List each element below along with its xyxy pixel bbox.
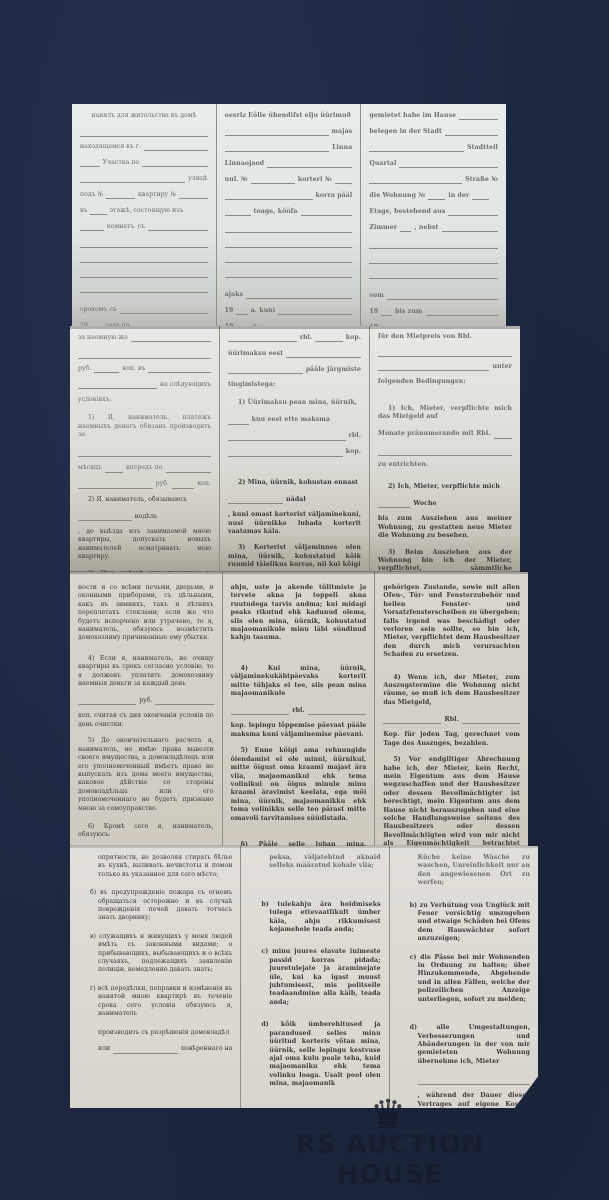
de-pay-label: zu entrichten.	[378, 461, 512, 469]
et-conditions-label-2: tingimistega:	[228, 381, 361, 389]
ru-month-label: мѣсяцъ	[78, 464, 102, 472]
de-clause-6b: b) zu Verhütung von Unglück mit Feuer vo…	[398, 902, 530, 944]
blank-line[interactable]	[369, 239, 498, 249]
de-clause-6d: d) alle Umgestaltungen, Verbesserungen u…	[398, 1024, 530, 1066]
ru-clause-5: 5) До окончательнаго расчета я, нанимате…	[78, 737, 214, 813]
blank-line[interactable]	[369, 269, 498, 279]
et-conditions-label: pääle järgmiste	[306, 366, 361, 374]
et-term-end-field[interactable]	[278, 307, 352, 315]
column-estonian: rbl.kop. üürimaksu eest pääle järgmiste …	[220, 326, 370, 572]
et-months-label: kuu eest ette maksma	[252, 416, 330, 424]
ru-city-field[interactable]	[144, 143, 208, 151]
de-amount-field[interactable]	[378, 446, 512, 456]
et-weeks-label: nädal	[286, 496, 306, 504]
blank-line[interactable]	[80, 253, 208, 263]
column-estonian: ahju, uste ja akende tülitmiste ja terve…	[223, 572, 376, 846]
et-district-field[interactable]	[267, 160, 352, 168]
ru-term-start-field[interactable]	[120, 306, 208, 314]
ru-extras-field[interactable]	[148, 223, 208, 231]
de-intro: gemietet habe im Hause	[369, 112, 456, 120]
ru-agent-field[interactable]	[113, 1046, 178, 1054]
et-extras-field[interactable]	[301, 208, 353, 216]
et-house-label: majas	[332, 128, 353, 136]
ru-daily-rub-label: руб.	[139, 697, 152, 705]
ru-advance-field[interactable]	[166, 465, 211, 473]
blank-line[interactable]	[369, 254, 498, 264]
column-german: für den Mietpreis von Rbl. unter folgend…	[370, 326, 520, 572]
ru-kop-label: коп. въ	[122, 365, 145, 373]
et-rooms-label: toage, kööfa	[254, 208, 298, 216]
ru-clause-6b: б) въ предупрежденіе пожара съ огнемъ об…	[78, 889, 232, 923]
ru-district-label: Участка по	[103, 159, 140, 167]
et-daily-kop-field[interactable]	[308, 707, 367, 715]
column-estonian: oesrlz Eölle ühendifst elju üürimuð maja…	[217, 104, 362, 328]
ru-clause-6v: в) служащихъ и живущихъ у меня людей имѣ…	[78, 933, 232, 975]
et-floor-label: korra pääl	[316, 192, 353, 200]
ru-weeks-label: недѣль	[135, 513, 158, 521]
et-clause-1: 1) Üürimaksu pean mina, üürnik,	[228, 399, 361, 407]
ru-clause-6: 6) Кромѣ сего я, наниматель, обязуюсь:	[78, 823, 214, 840]
et-house-field[interactable]	[225, 128, 329, 136]
de-clause-3: 3) Beim Ausziehen aus der Wohnung bin ic…	[378, 549, 512, 572]
ru-kop-label-2: коп.	[197, 480, 211, 488]
de-clause-2: 2) Ich, Mieter, verpflichte mich	[378, 483, 512, 491]
ru-rooms-field[interactable]	[80, 223, 104, 231]
ru-clause-2: 2) Я, наниматель, обязываюсь	[78, 496, 211, 504]
ru-months-field[interactable]	[78, 449, 211, 457]
ru-clause-2-cont: , до выѣзда изъ занимаемой мною квартиры…	[78, 528, 211, 562]
ru-kop-field-2[interactable]	[172, 481, 194, 489]
de-floor-label: Etage, bestehend aus	[369, 208, 445, 216]
et-rooms-field[interactable]	[225, 208, 251, 216]
et-period-field[interactable]	[286, 350, 361, 358]
et-apartment-label: korteri №	[298, 176, 332, 184]
de-floor-field[interactable]	[472, 192, 489, 200]
ru-owner-permission-label: производить съ разрѣшенія домовладѣл	[98, 1029, 229, 1037]
ru-clause-4-cont: коп. считая съ дня окончанія условія по …	[78, 712, 214, 729]
de-tenant-field[interactable]	[418, 1077, 530, 1085]
ru-intro: нанялъ для жительства въ домѣ	[91, 112, 196, 120]
ru-rub-label: руб.	[78, 365, 91, 373]
blank-line[interactable]	[225, 223, 353, 233]
de-district-field[interactable]	[369, 144, 464, 152]
de-term-label: vom	[369, 292, 384, 300]
et-clause-3-cont: ahju, uste ja akende tülitmiste ja terve…	[231, 584, 367, 643]
column-russian: за наемную же руб.коп. въ на слѣдующихъ …	[70, 326, 220, 572]
de-conditions-label: folgenden Bedingungen:	[378, 378, 512, 386]
watermark-text: RS AUCTION HOUSE	[296, 1130, 485, 1190]
et-rbl-label-2: rbl.	[349, 432, 362, 440]
et-rbl-label: rbl.	[300, 334, 313, 342]
fold-crease	[70, 571, 528, 574]
blank-line[interactable]	[225, 238, 353, 248]
et-street-label: uul. №	[225, 176, 248, 184]
de-rooms-field[interactable]	[400, 224, 411, 232]
de-unter-label: unter	[492, 363, 512, 371]
de-extras-field[interactable]	[442, 224, 498, 232]
column-german: Küche keine Wäsche zu waschen, Unreinlic…	[390, 846, 538, 1108]
ru-apartment-label: квартиру №	[138, 191, 176, 199]
de-term-field[interactable]	[387, 292, 498, 300]
et-clause-6c: c) minu juures elavate inimeste passid k…	[249, 948, 380, 1007]
de-clause-6c: c) die Pässe bei mir Wohnenden in Ordnun…	[398, 954, 530, 1004]
de-term-end-field[interactable]	[426, 308, 498, 316]
et-street-field[interactable]	[251, 176, 295, 184]
de-house-field[interactable]	[459, 112, 498, 120]
de-year-from-suffix: bis zum	[395, 308, 423, 316]
fold-crease	[70, 845, 538, 848]
de-clause-4: 4) Wenn ich, der Mieter, zum Auszugsterm…	[383, 674, 520, 708]
lease-panel-clauses: ности и со всѣми печьми, дверьми, и окон…	[70, 572, 528, 846]
ru-floor-field[interactable]	[90, 207, 106, 215]
de-city-label: belegen in der Stadt	[369, 128, 442, 136]
et-rbl-field[interactable]	[228, 433, 346, 441]
column-german: gehörigen Zustande, sowie mit allen Ofen…	[375, 572, 528, 846]
et-clause-2: 2) Mina, üürnik, kohustan ennast	[228, 479, 361, 487]
de-clause-5: 5) Vor endgiltiger Abrechnung habe ich, …	[383, 756, 520, 846]
de-quarter-field[interactable]	[399, 160, 498, 168]
ru-clause-1: 1) Я, наниматель, платежъ наемныхъ денег…	[78, 414, 211, 439]
de-nebst-label: , nebst	[414, 224, 438, 232]
ru-house-number-field[interactable]	[106, 191, 135, 199]
et-kop-label-2: kop.	[346, 448, 361, 456]
lease-panel-rent-terms: за наемную же руб.коп. въ на слѣдующихъ …	[70, 326, 520, 572]
et-term-label: ajaks	[225, 291, 244, 299]
ru-kop-field[interactable]	[94, 365, 119, 373]
de-clause-6a-cont: Küche keine Wäsche zu waschen, Unreinlic…	[398, 854, 530, 888]
et-intro: oesrlz Eölle ühendifst elju üürimuð	[225, 112, 351, 120]
et-weeks-field[interactable]	[228, 496, 283, 504]
ru-period-field[interactable]	[148, 365, 211, 373]
de-daily-rbl-field[interactable]	[383, 716, 441, 724]
et-district-label: Linnaojaod	[225, 160, 265, 168]
de-months-label: Monate pränumerando mit Rbl.	[378, 430, 491, 438]
ru-conditions-field[interactable]	[78, 381, 157, 389]
et-daily-rbl-label: rbl.	[292, 707, 305, 715]
de-rent-field[interactable]	[378, 347, 512, 357]
de-daily-rbl-label: Rbl.	[444, 716, 458, 724]
fold-crease	[70, 326, 520, 329]
ru-city-label: находящемся въ г.	[80, 143, 141, 151]
ru-street-field[interactable]	[80, 175, 185, 183]
et-apartment-field[interactable]	[335, 176, 353, 184]
ru-conditions-label: на слѣдующихъ	[160, 381, 211, 389]
blank-line[interactable]	[225, 253, 353, 263]
de-clause-3-cont: gehörigen Zustande, sowie mit allen Ofen…	[383, 584, 520, 660]
et-kop-label: kop.	[346, 334, 361, 342]
et-rent-label: üürimaksu eest	[228, 350, 283, 358]
et-clause-5: 5) Enne kõigi ama rehnungide õiendamist …	[231, 747, 367, 823]
et-year-from: 19	[225, 307, 234, 315]
de-weeks-label: Woche	[413, 500, 436, 508]
ru-weeks-field[interactable]	[78, 513, 132, 521]
de-street-label: Straße №	[465, 176, 498, 184]
et-clause-6a-cont: peksa, väljatehtud aknaid selleks määrat…	[249, 854, 380, 871]
et-term-field[interactable]	[246, 291, 352, 299]
de-apartment-field[interactable]	[428, 192, 445, 200]
et-clause-3: 3) Korterist väljaminnes olen mina, üürn…	[228, 544, 361, 569]
et-daily-rbl-field[interactable]	[231, 707, 290, 715]
ru-floor-label: этажѣ, состоящую изъ	[110, 207, 184, 215]
blank-line[interactable]	[80, 283, 208, 293]
de-kop-field[interactable]	[378, 363, 489, 371]
et-clause-6b: b) tulekahju ära hoidmiseks tulega ettev…	[249, 901, 380, 935]
et-clause-6d: d) kõik ümberehitused ja parandused sell…	[249, 1021, 380, 1088]
et-year-from-suffix: a. kuni	[251, 307, 276, 315]
column-russian: ности и со всѣми печьми, дверьми, и окон…	[70, 572, 223, 846]
de-in-label: in der	[448, 192, 469, 200]
ru-rub-field[interactable]	[78, 481, 153, 489]
ru-with-label: съ	[137, 223, 144, 231]
et-clause-4: 4) Kui mina, üürnik, väljaminekukähtpäev…	[231, 665, 367, 699]
et-kop-field[interactable]	[315, 334, 342, 342]
ru-clause-6g: г) всѣ передѣлки, поправки и измѣненія в…	[78, 985, 232, 1019]
ru-term-label: срокомъ съ	[80, 306, 117, 314]
de-year-from: 19	[369, 308, 378, 316]
et-floor-field[interactable]	[225, 192, 313, 200]
ru-conditions-label-2: условіяхъ:	[78, 396, 211, 404]
de-rooms-label: Zimmer	[369, 224, 397, 232]
ru-apartment-field[interactable]	[179, 191, 208, 199]
de-apartment-label: die Wohnung №	[369, 192, 425, 200]
de-street-field[interactable]	[369, 176, 462, 184]
lease-panel-address: нанялъ для жительства въ домѣ находящемс…	[72, 104, 506, 328]
ru-advance-label: впередъ по	[126, 464, 162, 472]
ru-house-number-label: подъ №	[80, 191, 103, 199]
de-rent-label: für den Mietpreis von Rbl.	[378, 333, 512, 341]
column-russian: опрятности, не дозволяя стирать бѣлье въ…	[70, 846, 241, 1108]
ru-or-label: или	[98, 1045, 110, 1053]
de-daily-kop-field[interactable]	[462, 716, 520, 724]
et-rent-field[interactable]	[228, 334, 297, 342]
et-kop-field-2[interactable]	[228, 449, 343, 457]
et-clause-4-cont: kop. lepingu lõppemise päevast pääle mak…	[231, 722, 367, 739]
ru-daily-kop-field[interactable]	[155, 697, 213, 705]
column-german: gemietet habe im Hause belegen in der St…	[361, 104, 506, 328]
ru-floor-prefix: въ	[80, 207, 87, 215]
de-clause-6d-cont: , während der Dauer dieses Vertrages auf…	[398, 1092, 530, 1108]
et-clause-2-cont: , kuni omast korterist väljaminekuni, uu…	[228, 511, 361, 536]
ru-street-label: улицѣ	[188, 175, 207, 183]
ru-district-field[interactable]	[142, 159, 208, 167]
de-clause-1: 1) Ich, Mieter, verpflichte mich das Mie…	[378, 405, 512, 422]
et-city-field[interactable]	[225, 144, 329, 152]
et-conditions-field[interactable]	[228, 366, 303, 374]
ru-rooms-label: комнатъ	[107, 223, 135, 231]
de-district-label: Stadtteil	[467, 144, 498, 152]
blank-line[interactable]	[80, 238, 208, 248]
blank-line[interactable]	[80, 268, 208, 278]
de-city-field[interactable]	[445, 128, 498, 136]
lease-panel-obligations: опрятности, не дозволяя стирать бѣлье въ…	[70, 846, 538, 1108]
et-months-field[interactable]	[228, 417, 249, 425]
ru-clause-6a-cont: опрятности, не дозволяя стирать бѣлье въ…	[78, 854, 232, 879]
et-city-label: Linna	[332, 144, 352, 152]
de-weeks-field[interactable]	[378, 500, 410, 508]
ru-clause-4: 4) Если я, наниматель, не очищу квартиры…	[78, 655, 214, 689]
ru-rent-field[interactable]	[131, 334, 211, 342]
de-floor-desc-field[interactable]	[448, 208, 498, 216]
de-rbl-field[interactable]	[494, 431, 512, 439]
crown-icon: ♛	[370, 1092, 407, 1138]
ru-clause-3-cont: ности и со всѣми печьми, дверьми, и окон…	[78, 584, 214, 643]
column-estonian: peksa, väljatehtud aknaid selleks määrat…	[241, 846, 389, 1108]
ru-daily-rub-field[interactable]	[78, 697, 136, 705]
de-quarter-label: Quartal	[369, 160, 396, 168]
ru-rub-label-2: руб.	[156, 480, 169, 488]
ru-agent-label: повѣреннаго на	[181, 1045, 232, 1053]
de-clause-4-cont: Kop. für jeden Tag, gerechnet vom Tage d…	[383, 731, 520, 748]
column-russian: нанялъ для жительства въ домѣ находящемс…	[72, 104, 217, 328]
de-clause-2-cont: bis zum Ausziehen aus meiner Wohnung, zu…	[378, 515, 512, 540]
blank-line[interactable]	[225, 268, 353, 278]
auction-house-watermark: ♛ RS AUCTION HOUSE	[240, 1130, 540, 1190]
ru-rent-intro: за наемную же	[78, 334, 128, 342]
